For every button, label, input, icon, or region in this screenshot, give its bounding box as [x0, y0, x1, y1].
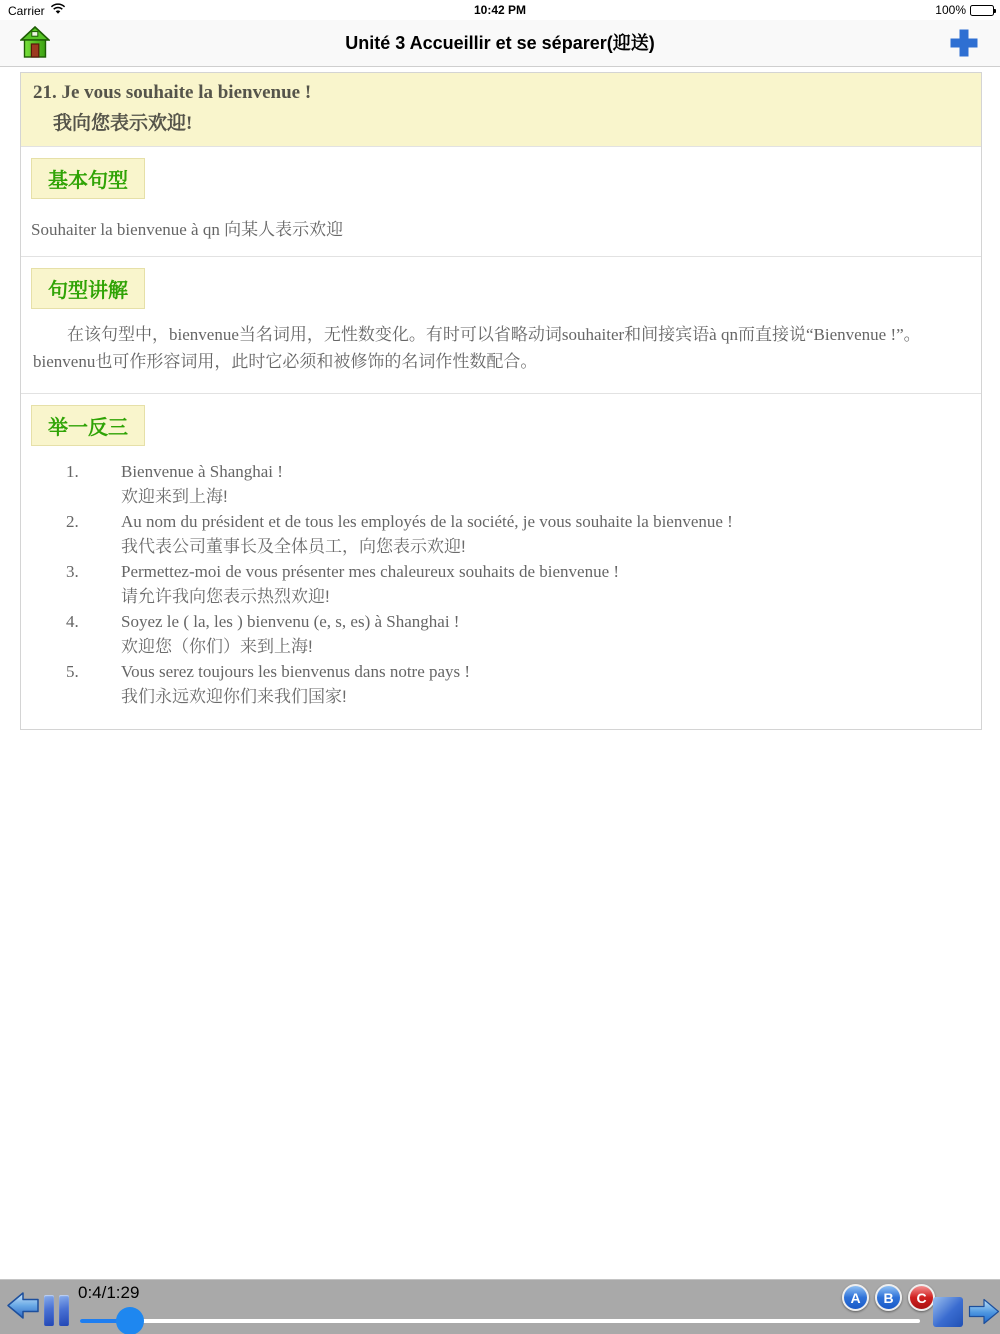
app-screen: Carrier 10:42 PM 100% Unité 3 Accueillir…: [0, 0, 1000, 1334]
section-basic-pattern: 基本句型 Souhaiter la bienvenue à qn 向某人表示欢迎: [21, 146, 981, 256]
right-arrow-icon: [968, 1312, 1000, 1329]
section-examples: 举一反三 1. Bienvenue à Shanghai ! 欢迎来到上海! 2…: [21, 393, 981, 729]
example-chinese: 请允许我向您表示热烈欢迎!: [121, 585, 981, 610]
page-title: Unité 3 Accueillir et se séparer(迎送): [0, 20, 1000, 66]
example-item: 5. Vous serez toujours les bienvenus dan…: [21, 660, 981, 709]
repeat-c-button[interactable]: C: [908, 1284, 935, 1311]
example-number: 5.: [21, 660, 121, 709]
example-item: 2. Au nom du président et de tous les em…: [21, 510, 981, 559]
example-chinese: 我们永远欢迎你们来我们国家!: [121, 685, 981, 710]
battery-percent: 100%: [935, 3, 966, 17]
time-display: 0:4/1:29: [78, 1283, 139, 1303]
example-number: 3.: [21, 560, 121, 609]
clock: 10:42 PM: [0, 3, 1000, 17]
status-bar: Carrier 10:42 PM 100%: [0, 0, 1000, 20]
lesson-panel: 21. Je vous souhaite la bienvenue ! 我向您表…: [20, 72, 982, 730]
nav-bar: Unité 3 Accueillir et se séparer(迎送): [0, 20, 1000, 67]
example-number: 4.: [21, 610, 121, 659]
example-french: Permettez-moi de vous présenter mes chal…: [121, 560, 981, 585]
repeat-b-button[interactable]: B: [875, 1284, 902, 1311]
lesson-title-band: 21. Je vous souhaite la bienvenue ! 我向您表…: [21, 73, 981, 146]
examples-label: 举一反三: [31, 405, 145, 446]
repeat-a-button[interactable]: A: [842, 1284, 869, 1311]
lesson-title-chinese: 我向您表示欢迎!: [33, 108, 969, 135]
explanation-label: 句型讲解: [31, 268, 145, 309]
plus-icon: [946, 48, 982, 65]
add-button[interactable]: [946, 25, 982, 61]
example-french: Bienvenue à Shanghai !: [121, 460, 981, 485]
home-button[interactable]: [20, 26, 52, 60]
player-bar: 0:4/1:29 A B C: [0, 1279, 1000, 1334]
example-chinese: 欢迎来到上海!: [121, 485, 981, 510]
abc-buttons: A B C: [842, 1284, 935, 1311]
progress-track: [80, 1319, 920, 1323]
example-chinese: 我代表公司董事长及全体员工，向您表示欢迎!: [121, 535, 981, 560]
home-icon: [20, 46, 50, 63]
example-french: Vous serez toujours les bienvenus dans n…: [121, 660, 981, 685]
pause-icon: [44, 1295, 54, 1326]
basic-pattern-label: 基本句型: [31, 158, 145, 199]
example-item: 3. Permettez-moi de vous présenter mes c…: [21, 560, 981, 609]
square-button[interactable]: [933, 1297, 963, 1327]
examples-list: 1. Bienvenue à Shanghai ! 欢迎来到上海! 2. Au …: [21, 460, 981, 709]
basic-pattern-content: Souhaiter la bienvenue à qn 向某人表示欢迎: [31, 215, 969, 240]
pause-button[interactable]: [44, 1295, 70, 1326]
status-right: 100%: [935, 3, 994, 17]
lesson-title-french: 21. Je vous souhaite la bienvenue !: [33, 82, 969, 104]
example-item: 1. Bienvenue à Shanghai ! 欢迎来到上海!: [21, 460, 981, 509]
example-number: 2.: [21, 510, 121, 559]
left-arrow-icon: [5, 1309, 41, 1326]
example-french: Au nom du président et de tous les emplo…: [121, 510, 981, 535]
section-explanation: 句型讲解 在该句型中，bienvenue当名词用，无性数变化。有时可以省略动词s…: [21, 256, 981, 393]
slider-thumb[interactable]: [116, 1307, 144, 1334]
example-number: 1.: [21, 460, 121, 509]
progress-slider[interactable]: [80, 1308, 920, 1334]
battery-icon: [970, 5, 994, 16]
example-french: Soyez le ( la, les ) bienvenu (e, s, es)…: [121, 610, 981, 635]
explanation-paragraph: 在该句型中，bienvenue当名词用，无性数变化。有时可以省略动词souhai…: [33, 321, 967, 375]
example-item: 4. Soyez le ( la, les ) bienvenu (e, s, …: [21, 610, 981, 659]
next-button[interactable]: [968, 1298, 1000, 1325]
example-chinese: 欢迎您（你们）来到上海!: [121, 635, 981, 660]
previous-button[interactable]: [5, 1290, 41, 1322]
